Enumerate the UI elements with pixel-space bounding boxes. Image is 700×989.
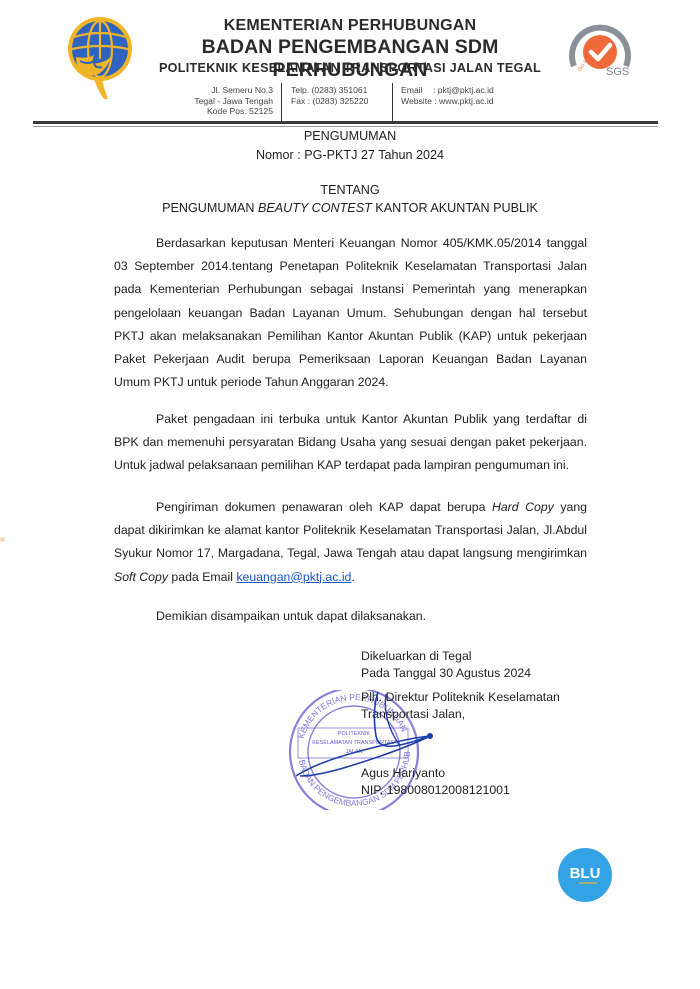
website-label: Website [401, 96, 432, 106]
website-value: : www.pktj.ac.id [434, 96, 493, 106]
sgs-certification-logo-icon: ISO 9001 SGS [564, 18, 636, 84]
paragraph-text: pada Email [168, 570, 236, 584]
phone-number: Telp. (0283) 351061 [291, 85, 391, 96]
address-postal-code: Kode Pos. 52125 [185, 106, 273, 117]
email-label: Email [401, 85, 433, 96]
header-rule-thin [33, 126, 658, 127]
divider [281, 83, 282, 123]
about-label: TENTANG [0, 183, 700, 197]
institution-name: POLITEKNIK KESELAMATAN TRANSPORTASI JALA… [140, 61, 560, 75]
issued-date: Pada Tanggal 30 Agustus 2024 [361, 665, 531, 682]
address-street: Jl. Semeru No.3 [185, 85, 273, 96]
phone-block: Telp. (0283) 351061 Fax : (0283) 325220 [291, 85, 391, 106]
subject-italic: BEAUTY CONTEST [258, 201, 372, 215]
svg-text:BLU: BLU [570, 865, 601, 882]
blu-badge-icon: BLU [555, 845, 615, 905]
paragraph-text: Berdasarkan keputusan Menteri Keuangan N… [114, 236, 587, 389]
issuance-info: Dikeluarkan di Tegal Pada Tanggal 30 Agu… [361, 648, 531, 681]
signatory-nip: NIP. 198008012008121001 [361, 782, 510, 799]
signatory-name: Agus Hariyanto [361, 765, 510, 782]
divider [392, 83, 393, 123]
hard-copy-term: Hard Copy [492, 500, 554, 514]
paragraph-submission: Pengiriman dokumen penawaran oleh KAP da… [114, 496, 587, 589]
header-rule [33, 121, 658, 124]
document-subject: PENGUMUMAN BEAUTY CONTEST KANTOR AKUNTAN… [0, 201, 700, 215]
soft-copy-term: Soft Copy [114, 570, 168, 584]
signatory-info: Agus Hariyanto NIP. 198008012008121001 [361, 765, 510, 798]
agency-name: BADAN PENGEMBANGAN SDM PERHUBUNGAN [140, 36, 560, 82]
email-link[interactable]: keuangan@pktj.ac.id [236, 570, 351, 584]
sgs-label: SGS [606, 66, 629, 78]
paragraph-text: Paket pengadaan ini terbuka untuk Kantor… [114, 412, 587, 472]
address-block: Jl. Semeru No.3 Tegal - Jawa Tengah Kode… [185, 85, 273, 117]
paragraph-text: . [351, 570, 354, 584]
contact-block: Email: pktj@pktj.ac.id Website : www.pkt… [401, 85, 541, 106]
ministry-globe-logo-icon [64, 15, 136, 101]
address-city: Tegal - Jawa Tengah [185, 96, 273, 107]
document-number: Nomor : PG-PKTJ 27 Tahun 2024 [0, 148, 700, 162]
subject-suffix: KANTOR AKUNTAN PUBLIK [372, 201, 538, 215]
fax-number: Fax : (0283) 325220 [291, 96, 391, 107]
subject-prefix: PENGUMUMAN [162, 201, 258, 215]
ministry-name: KEMENTERIAN PERHUBUNGAN [150, 17, 550, 35]
issued-place: Dikeluarkan di Tegal [361, 648, 531, 665]
paragraph-decree: Berdasarkan keputusan Menteri Keuangan N… [114, 232, 587, 394]
email-value: : pktj@pktj.ac.id [433, 85, 494, 95]
closing-statement: Demikian disampaikan untuk dapat dilaksa… [156, 609, 426, 623]
paragraph-eligibility: Paket pengadaan ini terbuka untuk Kantor… [114, 408, 587, 478]
scan-artifact [0, 537, 5, 542]
paragraph-text: Pengiriman dokumen penawaran oleh KAP da… [156, 500, 492, 514]
document-heading: PENGUMUMAN [0, 129, 700, 143]
